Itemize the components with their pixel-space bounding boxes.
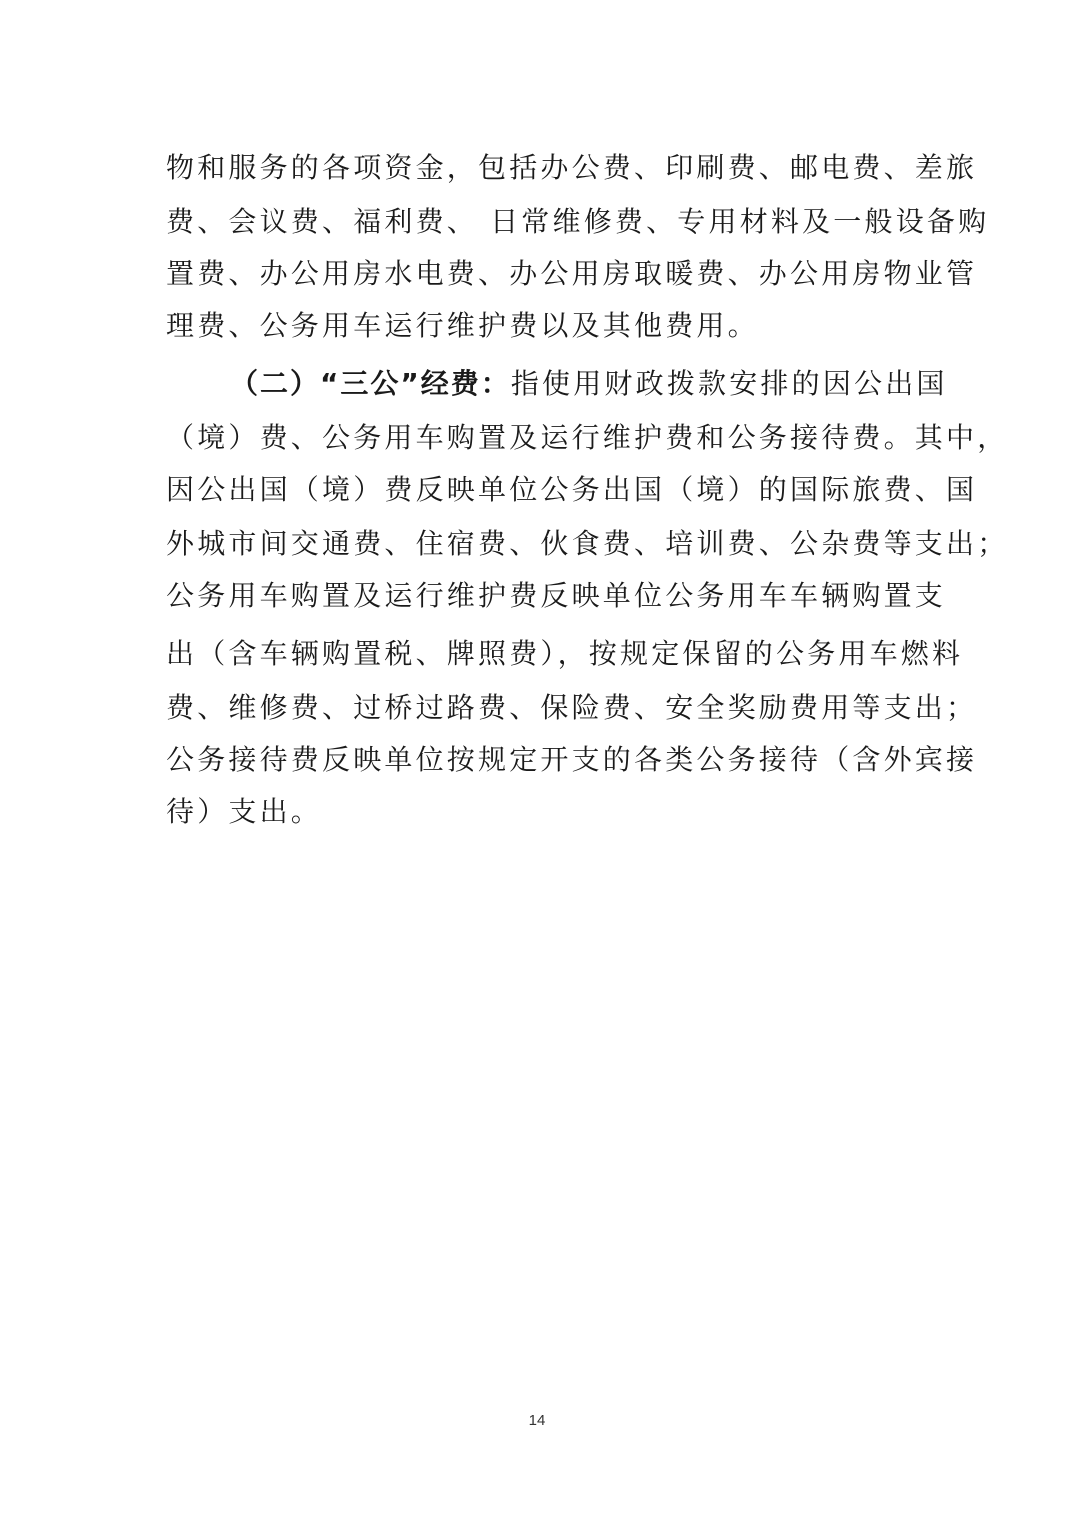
paragraph-1-line-2: 费、会议费、福利费、 日常维修费、专用材料及一般设备购 (166, 204, 914, 240)
section-heading-sangong: （二）“三公”经费： (230, 367, 511, 400)
paragraph-2-line-5: 公务用车购置及运行维护费反映单位公务用车车辆购置支 (166, 578, 914, 614)
paragraph-2-line-1-text: 指使用财政拨款安排的因公出国 (511, 367, 948, 400)
paragraph-1-line-1: 物和服务的各项资金，包括办公费、印刷费、邮电费、差旅 (166, 150, 914, 186)
paragraph-1-line-4: 理费、公务用车运行维护费以及其他费用。 (166, 308, 914, 344)
paragraph-2-line-2: （境）费、公务用车购置及运行维护费和公务接待费。其中， (166, 420, 914, 456)
paragraph-2-line-7: 费、维修费、过桥过路费、保险费、安全奖励费用等支出； (166, 690, 914, 726)
paragraph-2-line-8: 公务接待费反映单位按规定开支的各类公务接待（含外宾接 (166, 742, 914, 778)
paragraph-2-line-9: 待）支出。 (166, 794, 914, 830)
page-number: 14 (0, 1412, 1074, 1429)
paragraph-2-line-1: （二）“三公”经费：指使用财政拨款安排的因公出国 (230, 366, 914, 402)
paragraph-1-line-3: 置费、办公用房水电费、办公用房取暖费、办公用房物业管 (166, 256, 914, 292)
document-page: 物和服务的各项资金，包括办公费、印刷费、邮电费、差旅 费、会议费、福利费、 日常… (0, 0, 1074, 1520)
paragraph-2-line-3: 因公出国（境）费反映单位公务出国（境）的国际旅费、国 (166, 472, 914, 508)
paragraph-2-line-4: 外城市间交通费、住宿费、伙食费、培训费、公杂费等支出； (166, 526, 914, 562)
paragraph-2-line-6: 出（含车辆购置税、牌照费），按规定保留的公务用车燃料 (166, 636, 914, 672)
